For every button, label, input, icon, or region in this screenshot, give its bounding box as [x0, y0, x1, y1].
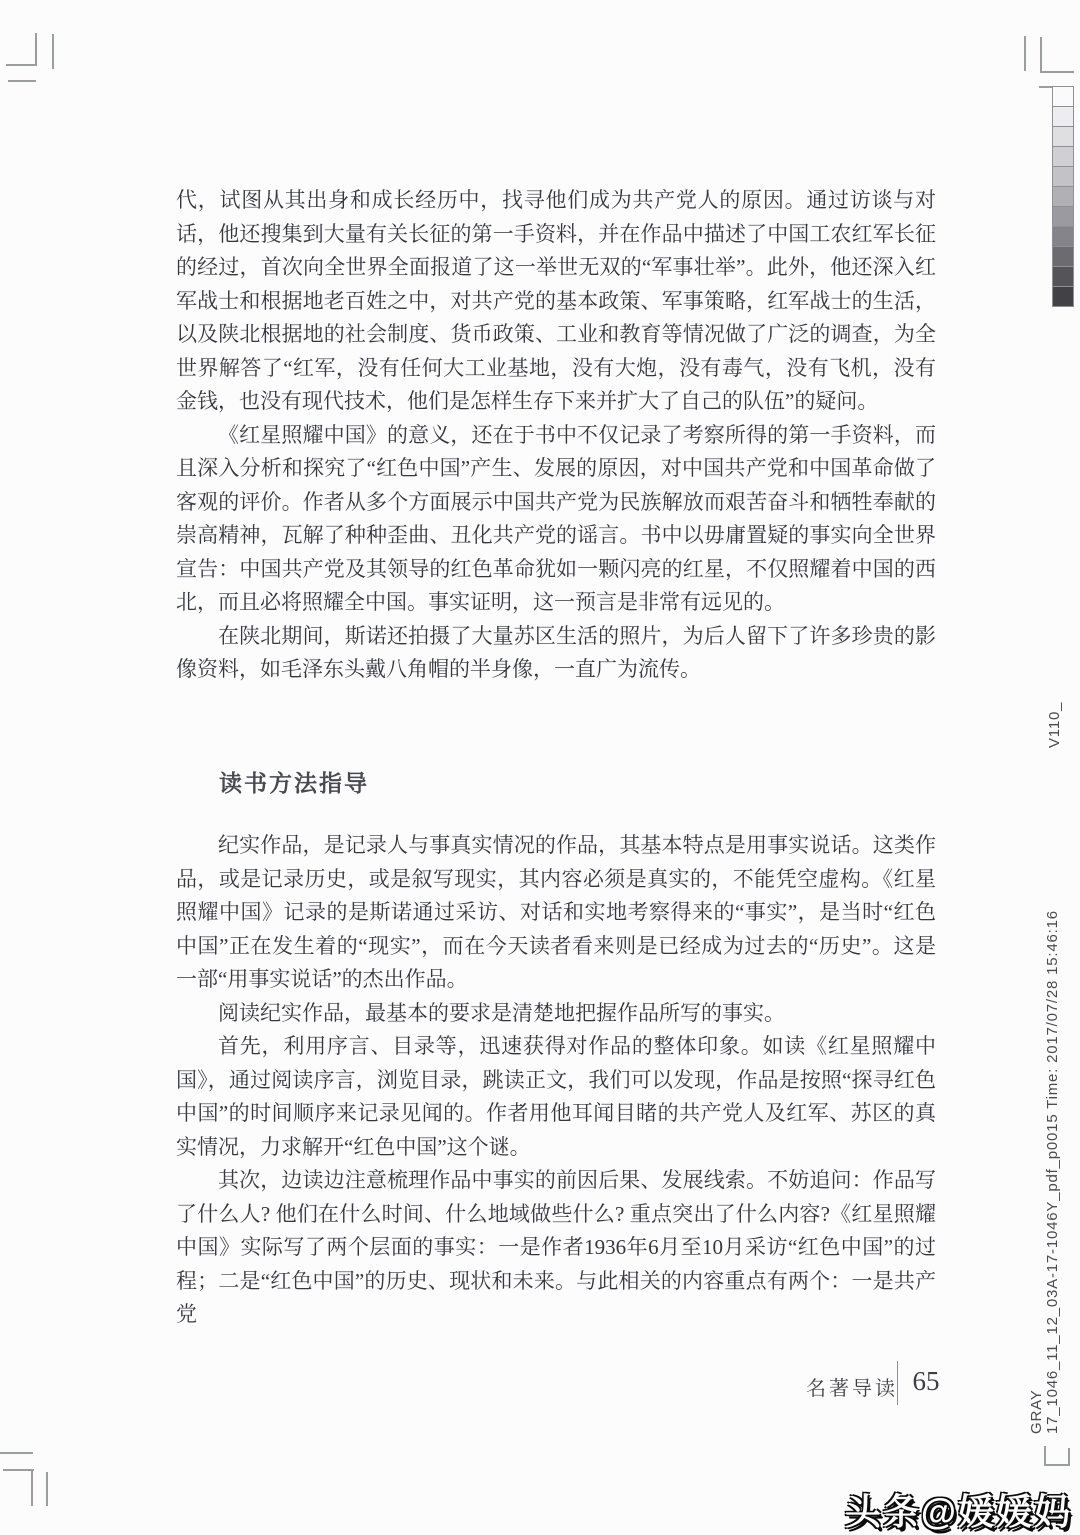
registration-mark [3, 1469, 34, 1471]
watermark: 头条@媛媛妈 [845, 1484, 1072, 1535]
page-number: 65 [903, 1366, 949, 1397]
registration-mark [0, 1452, 33, 1454]
footer-section-label: 名著导读 [806, 1372, 898, 1401]
registration-mark [1024, 36, 1026, 71]
paragraph: 在陕北期间，斯诺还拍摄了大量苏区生活的照片，为后人留下了许多珍贵的影像资料，如毛… [176, 620, 936, 687]
grayscale-cell [1053, 267, 1073, 287]
print-version-code: V110_ [1046, 702, 1063, 748]
grayscale-cell [1053, 167, 1073, 187]
print-color-mode: GRAY [1028, 1389, 1045, 1434]
registration-mark [31, 1469, 33, 1506]
registration-mark [46, 1472, 48, 1506]
registration-mark [1040, 71, 1074, 73]
grayscale-cell [1053, 287, 1073, 306]
registration-mark [1044, 1464, 1070, 1466]
registration-mark [1068, 1448, 1070, 1466]
registration-mark [1044, 1446, 1046, 1466]
body-text-lower: 纪实作品，是记录人与事真实情况的作品，其基本特点是用事实说话。这类作品，或是记录… [176, 829, 936, 1332]
grayscale-cell [1053, 87, 1073, 107]
registration-mark [52, 34, 54, 69]
paragraph: 其次，边读边注意梳理作品中事实的前因后果、发展线索。不妨追问：作品写了什么人? … [176, 1164, 936, 1332]
registration-mark [35, 33, 37, 66]
grayscale-cell [1053, 227, 1073, 247]
paragraph: 阅读纪实作品，最基本的要求是清楚地把握作品所写的事实。 [176, 997, 936, 1031]
footer-divider [897, 1361, 898, 1405]
grayscale-strip-tick [1039, 86, 1052, 88]
paragraph: 纪实作品，是记录人与事真实情况的作品，其基本特点是用事实说话。这类作品，或是记录… [176, 829, 936, 997]
grayscale-cell [1053, 207, 1073, 227]
scanned-book-page: 代，试图从其出身和成长经历中，找寻他们成为共产党人的原因。通过访谈与对话，他还搜… [0, 0, 1080, 1535]
grayscale-cell [1053, 107, 1073, 127]
paragraph: 代，试图从其出身和成长经历中，找寻他们成为共产党人的原因。通过访谈与对话，他还搜… [176, 184, 936, 419]
grayscale-cell [1053, 187, 1073, 207]
body-text-upper: 代，试图从其出身和成长经历中，找寻他们成为共产党人的原因。通过访谈与对话，他还搜… [176, 184, 936, 687]
registration-mark [6, 64, 37, 66]
grayscale-cell [1053, 147, 1073, 167]
paragraph: 《红星照耀中国》的意义，还在于书中不仅记录了考察所得的第一手资料，而且深入分析和… [176, 419, 936, 620]
grayscale-strip [1052, 86, 1074, 307]
grayscale-cell [1053, 247, 1073, 267]
section-heading: 读书方法指导 [219, 765, 369, 798]
registration-mark [1040, 37, 1042, 73]
print-file-id: 17_1046_11_12_03A-17-1046Y_pdf_p0015 Tim… [1044, 910, 1061, 1434]
paragraph: 首先，利用序言、目录等，迅速获得对作品的整体印象。如读《红星照耀中国》，通过阅读… [176, 1030, 936, 1164]
grayscale-cell [1053, 127, 1073, 147]
registration-mark [8, 80, 36, 82]
